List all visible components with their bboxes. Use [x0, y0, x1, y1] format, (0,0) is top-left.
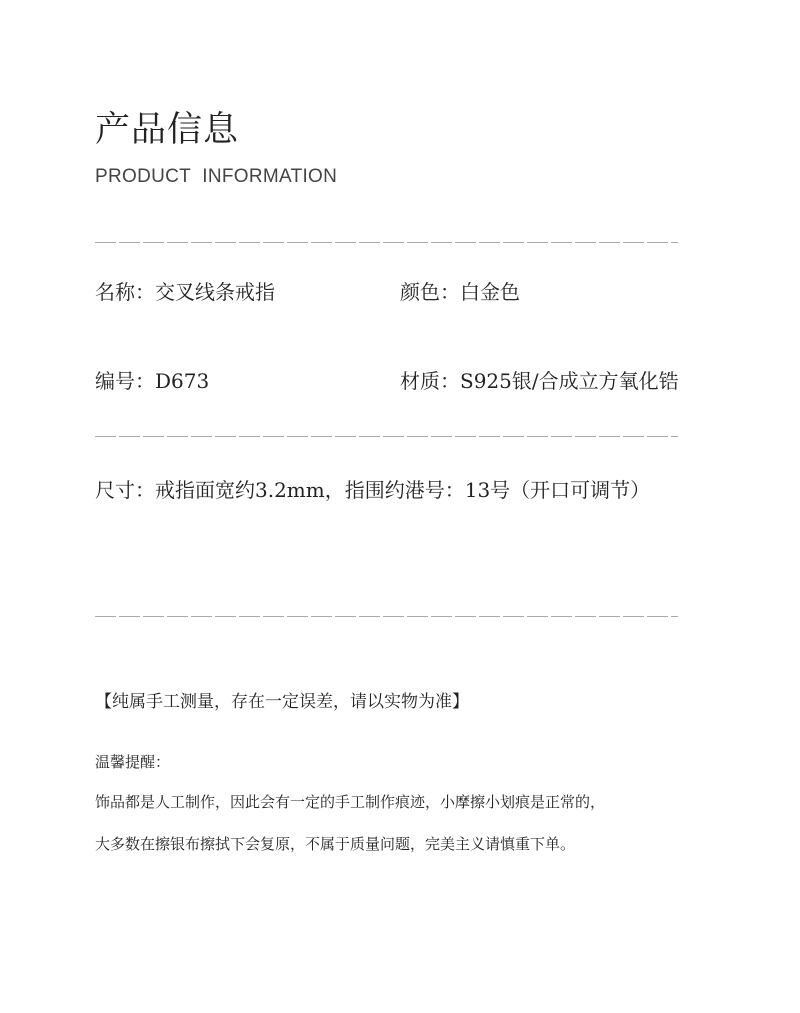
- reminder-line: 饰品都是人工制作，因此会有一定的手工制作痕迹，小摩擦小划痕是正常的，: [95, 791, 605, 813]
- spec-size: 尺寸：戒指面宽约3.2mm，指围约港号：13号（开口可调节）: [95, 476, 650, 504]
- spec-name: 名称：交叉线条戒指: [95, 278, 275, 306]
- dashed-divider: [95, 436, 678, 437]
- page-title: 产品信息: [95, 108, 239, 152]
- reminder-title: 温馨提醒：: [95, 751, 170, 773]
- spec-material: 材质：S925银/合成立方氧化锆: [400, 367, 679, 395]
- spec-code: 编号：D673: [95, 367, 209, 395]
- dashed-divider: [95, 616, 678, 617]
- measurement-disclaimer: 【纯属手工测量，存在一定误差，请以实物为准】: [95, 690, 469, 714]
- dashed-divider: [95, 242, 678, 243]
- spec-color: 颜色：白金色: [400, 278, 520, 306]
- reminder-line: 大多数在擦银布擦拭下会复原，不属于质量问题，完美主义请慎重下单。: [95, 833, 575, 855]
- page-subtitle: PRODUCT INFORMATION: [95, 165, 337, 189]
